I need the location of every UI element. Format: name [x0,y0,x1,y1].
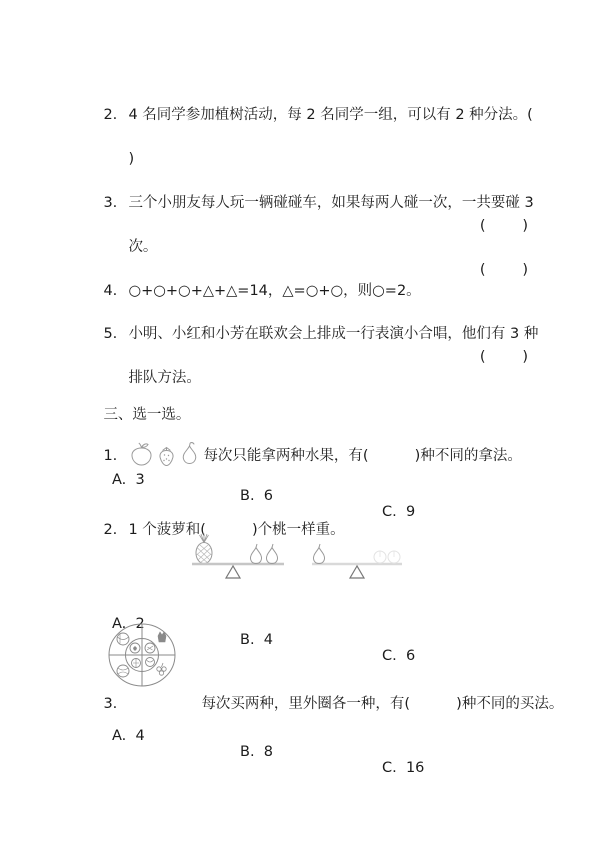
item-number: 2. [103,520,128,541]
spinning-top-icon [132,659,141,668]
grapes-icon [157,663,166,675]
choice3-options: A. 4 B. 8 C. 16 [0,712,596,792]
choice2-options: A. 2 B. 4 C. 6 [0,600,596,680]
ball-icon [146,658,155,667]
item-number: 4. [103,281,128,302]
balance-scales-figure [188,530,408,582]
pineapple-icon [196,534,212,564]
fulcrum-triangle-icon [350,566,364,578]
pear-icon [251,544,262,564]
item-text: 4 名同学参加植树活动，每 2 名同学一组，可以有 2 种分法。( [128,107,532,123]
pear-icon [314,544,325,564]
option-c: C. 6 [382,648,415,664]
option-c: C. 9 [382,504,415,520]
tf-item-2-line1: 2.4 名同学参加植树活动，每 2 名同学一组，可以有 2 种分法。( [85,84,533,147]
close-paren-text: ) [128,151,134,167]
soccer-ball-icon [130,643,140,653]
answer-paren: ( ) [480,260,528,281]
item-text: 每次买两种，里外圈各一种，有( )种不同的买法。 [201,696,563,712]
option-b: B. 4 [240,632,273,648]
option-b: B. 8 [240,744,273,760]
shuttlecock-icon [145,643,155,653]
item-text: ○+○+○+△+△=14，△=○+○，则○=2。 [128,283,420,299]
peach-icon [388,551,400,563]
ball-icon [117,633,129,645]
hand-icon [158,632,166,642]
item-number: 2. [103,105,128,126]
worksheet-page: 2.4 名同学参加植树活动，每 2 名同学一组，可以有 2 种分法。( ) 3.… [0,0,596,842]
answer-paren: ( ) [480,216,528,237]
option-a: A. 3 [112,472,145,488]
pear-icon [267,544,278,564]
option-c: C. 16 [382,760,424,776]
peach-icon [374,551,386,563]
item-number: 3. [103,193,128,214]
item-number: 5. [103,324,128,345]
option-a: A. 4 [112,728,145,744]
item-text: 三个小朋友每人玩一辆碰碰车，如果每两人碰一次，一共要碰 3 [128,195,533,211]
item-text: 次。 [128,239,157,255]
item-text: 小明、小红和小芳在联欢会上排成一行表演小合唱，他们有 3 种 [128,326,538,342]
answer-paren: ( ) [480,347,528,368]
fulcrum-triangle-icon [226,566,240,578]
